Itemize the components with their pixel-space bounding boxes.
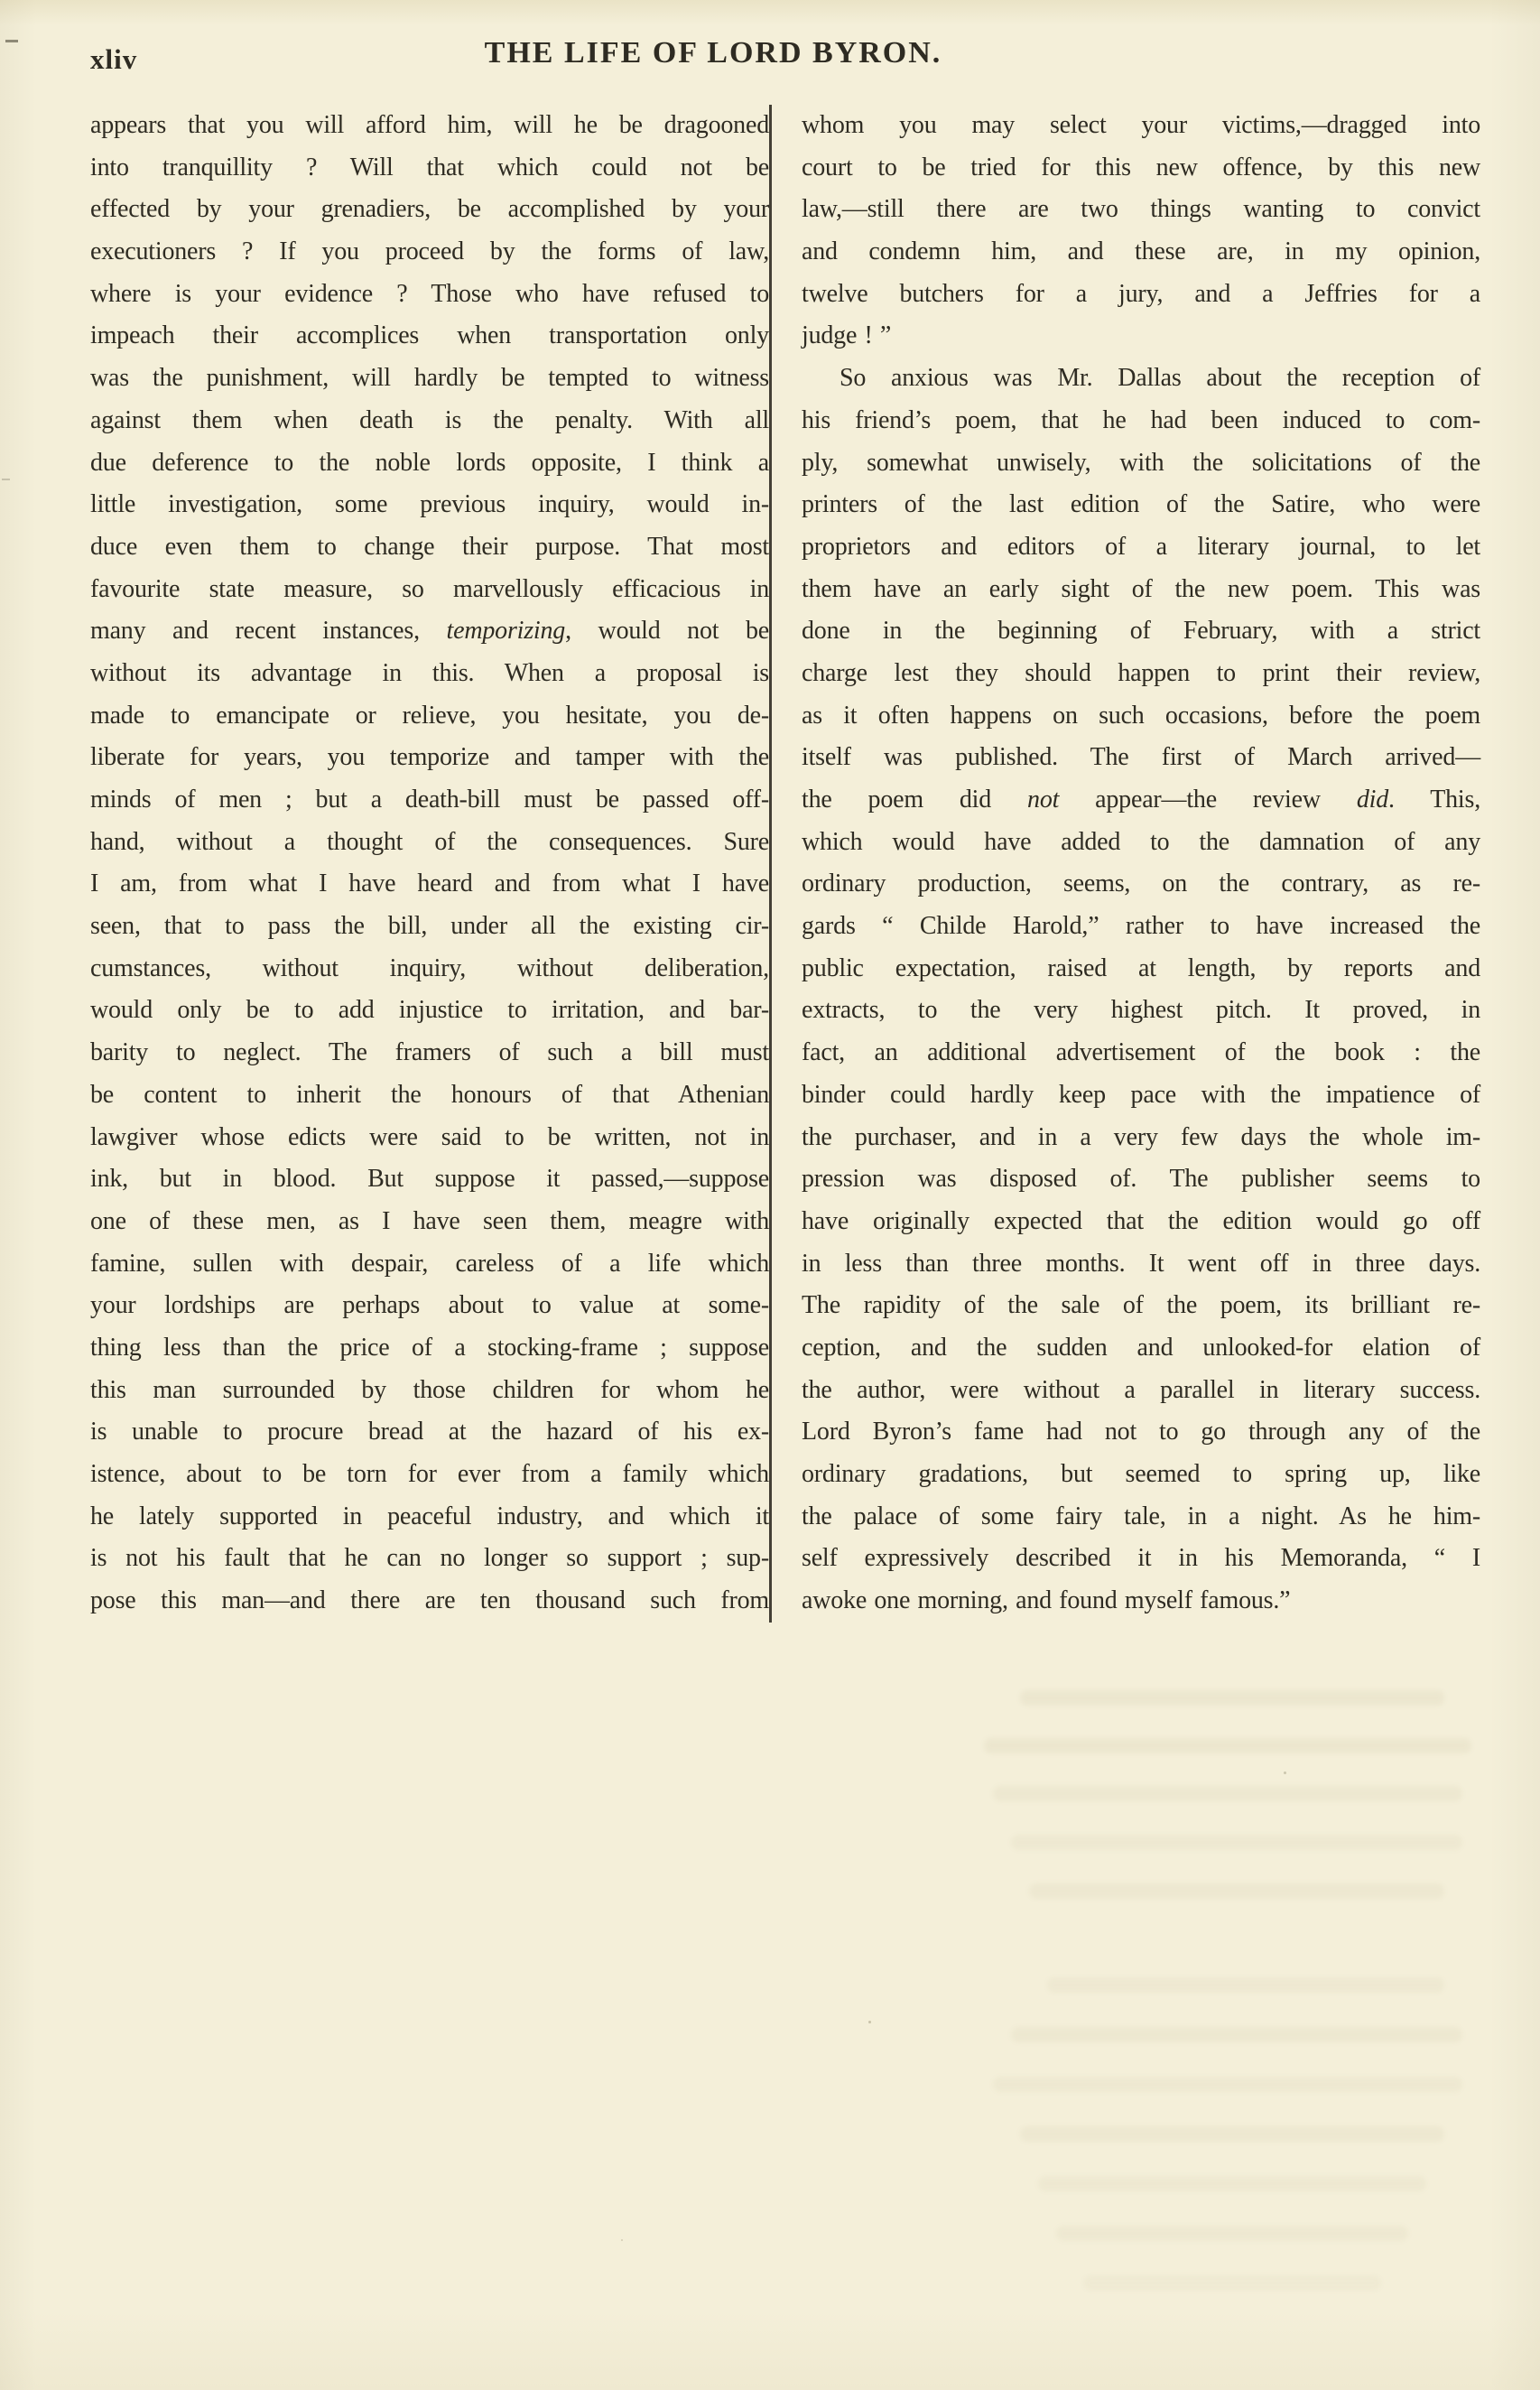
text-line: which would have added to the damnation … [802, 822, 1480, 864]
running-title: THE LIFE OF LORD BYRON. [0, 36, 1426, 70]
text-line: them have an early sight of the new poem… [802, 569, 1480, 611]
text-line: gards “ Childe Harold,” rather to have i… [802, 906, 1480, 948]
text-line: one of these men, as I have seen them, m… [90, 1201, 769, 1243]
text-line: minds of men ; but a death-bill must be … [90, 779, 769, 822]
text-line: charge lest they should happen to print … [802, 653, 1480, 695]
text-line: little investigation, some previous inqu… [90, 484, 769, 526]
text-line: your lordships are perhaps about to valu… [90, 1285, 769, 1327]
text-line: ink, but in blood. But suppose it passed… [90, 1158, 769, 1201]
text-line: court to be tried for this new offence, … [802, 147, 1480, 190]
text-line: proprietors and editors of a literary jo… [802, 526, 1480, 569]
text-line: ply, somewhat unwisely, with the solicit… [802, 442, 1480, 485]
text-line: pression was disposed of. The publisher … [802, 1158, 1480, 1201]
text-line: I am, from what I have heard and from wh… [90, 863, 769, 906]
text-line: judge ! ” [802, 315, 1480, 358]
text-line: self expressively described it in his Me… [802, 1538, 1480, 1580]
text-line: and condemn him, and these are, in my op… [802, 231, 1480, 274]
text-line: ordinary gradations, but seemed to sprin… [802, 1454, 1480, 1496]
text-line: as it often happens on such occasions, b… [802, 695, 1480, 738]
text-line: lawgiver whose edicts were said to be wr… [90, 1117, 769, 1159]
text-line: ordinary production, seems, on the contr… [802, 863, 1480, 906]
text-line: cumstances, without inquiry, without del… [90, 948, 769, 990]
text-line: where is your evidence ? Those who have … [90, 274, 769, 316]
text-line: hand, without a thought of the consequen… [90, 822, 769, 864]
text-line: liberate for years, you temporize and ta… [90, 737, 769, 779]
text-line: famine, sullen with despair, careless of… [90, 1243, 769, 1286]
text-line: is not his fault that he can no longer s… [90, 1538, 769, 1580]
text-line: seen, that to pass the bill, under all t… [90, 906, 769, 948]
text-line: impeach their accomplices when transport… [90, 315, 769, 358]
text-line: due deference to the noble lords opposit… [90, 442, 769, 485]
text-line: his friend’s poem, that he had been indu… [802, 400, 1480, 442]
text-line: he lately supported in peaceful industry… [90, 1496, 769, 1539]
text-line: itself was published. The first of March… [802, 737, 1480, 779]
text-line: would only be to add injustice to irrita… [90, 990, 769, 1032]
text-line: without its advantage in this. When a pr… [90, 653, 769, 695]
text-line: The rapidity of the sale of the poem, it… [802, 1285, 1480, 1327]
text-line: istence, about to be torn for ever from … [90, 1454, 769, 1496]
text-line: was the punishment, will hardly be tempt… [90, 358, 769, 400]
text-line: twelve butchers for a jury, and a Jeffri… [802, 274, 1480, 316]
text-line: in less than three months. It went off i… [802, 1243, 1480, 1286]
text-line: into tranquillity ? Will that which coul… [90, 147, 769, 190]
text-line: appears that you will afford him, will h… [90, 105, 769, 147]
text-line: So anxious was Mr. Dallas about the rece… [802, 358, 1480, 400]
text-line: public expectation, raised at length, by… [802, 948, 1480, 990]
text-line: duce even them to change their purpose. … [90, 526, 769, 569]
text-line: this man surrounded by those children fo… [90, 1370, 769, 1412]
text-line: against them when death is the penalty. … [90, 400, 769, 442]
text-line: made to emancipate or relieve, you hesit… [90, 695, 769, 738]
text-line: have originally expected that the editio… [802, 1201, 1480, 1243]
text-line: printers of the last edition of the Sati… [802, 484, 1480, 526]
text-line: is unable to procure bread at the hazard… [90, 1411, 769, 1454]
text-line: barity to neglect. The framers of such a… [90, 1032, 769, 1074]
text-line: thing less than the price of a stocking-… [90, 1327, 769, 1370]
left-column: appears that you will afford him, will h… [90, 105, 769, 1623]
text-line: awoke one morning, and found myself famo… [802, 1580, 1480, 1623]
text-line: pose this man—and there are ten thousand… [90, 1580, 769, 1623]
right-column: whom you may select your victims,—dragge… [769, 105, 1480, 1623]
text-line: many and recent instances, temporizing, … [90, 610, 769, 653]
text-line: fact, an additional advertisement of the… [802, 1032, 1480, 1074]
text-line: Lord Byron’s fame had not to go through … [802, 1411, 1480, 1454]
text-line: law,—still there are two things wanting … [802, 189, 1480, 231]
text-line: ception, and the sudden and unlooked-for… [802, 1327, 1480, 1370]
book-page-scan: xliv THE LIFE OF LORD BYRON. appears tha… [0, 0, 1540, 2390]
text-line: the author, were without a parallel in l… [802, 1370, 1480, 1412]
text-line: done in the beginning of February, with … [802, 610, 1480, 653]
text-line: the purchaser, and in a very few days th… [802, 1117, 1480, 1159]
text-line: effected by your grenadiers, be accompli… [90, 189, 769, 231]
two-column-text: appears that you will afford him, will h… [90, 105, 1480, 1623]
text-line: extracts, to the very highest pitch. It … [802, 990, 1480, 1032]
text-line: executioners ? If you proceed by the for… [90, 231, 769, 274]
text-line: the poem did not appear—the review did. … [802, 779, 1480, 822]
text-line: favourite state measure, so marvellously… [90, 569, 769, 611]
text-line: binder could hardly keep pace with the i… [802, 1074, 1480, 1117]
text-line: whom you may select your victims,—dragge… [802, 105, 1480, 147]
text-line: be content to inherit the honours of tha… [90, 1074, 769, 1117]
text-line: the palace of some fairy tale, in a nigh… [802, 1496, 1480, 1539]
